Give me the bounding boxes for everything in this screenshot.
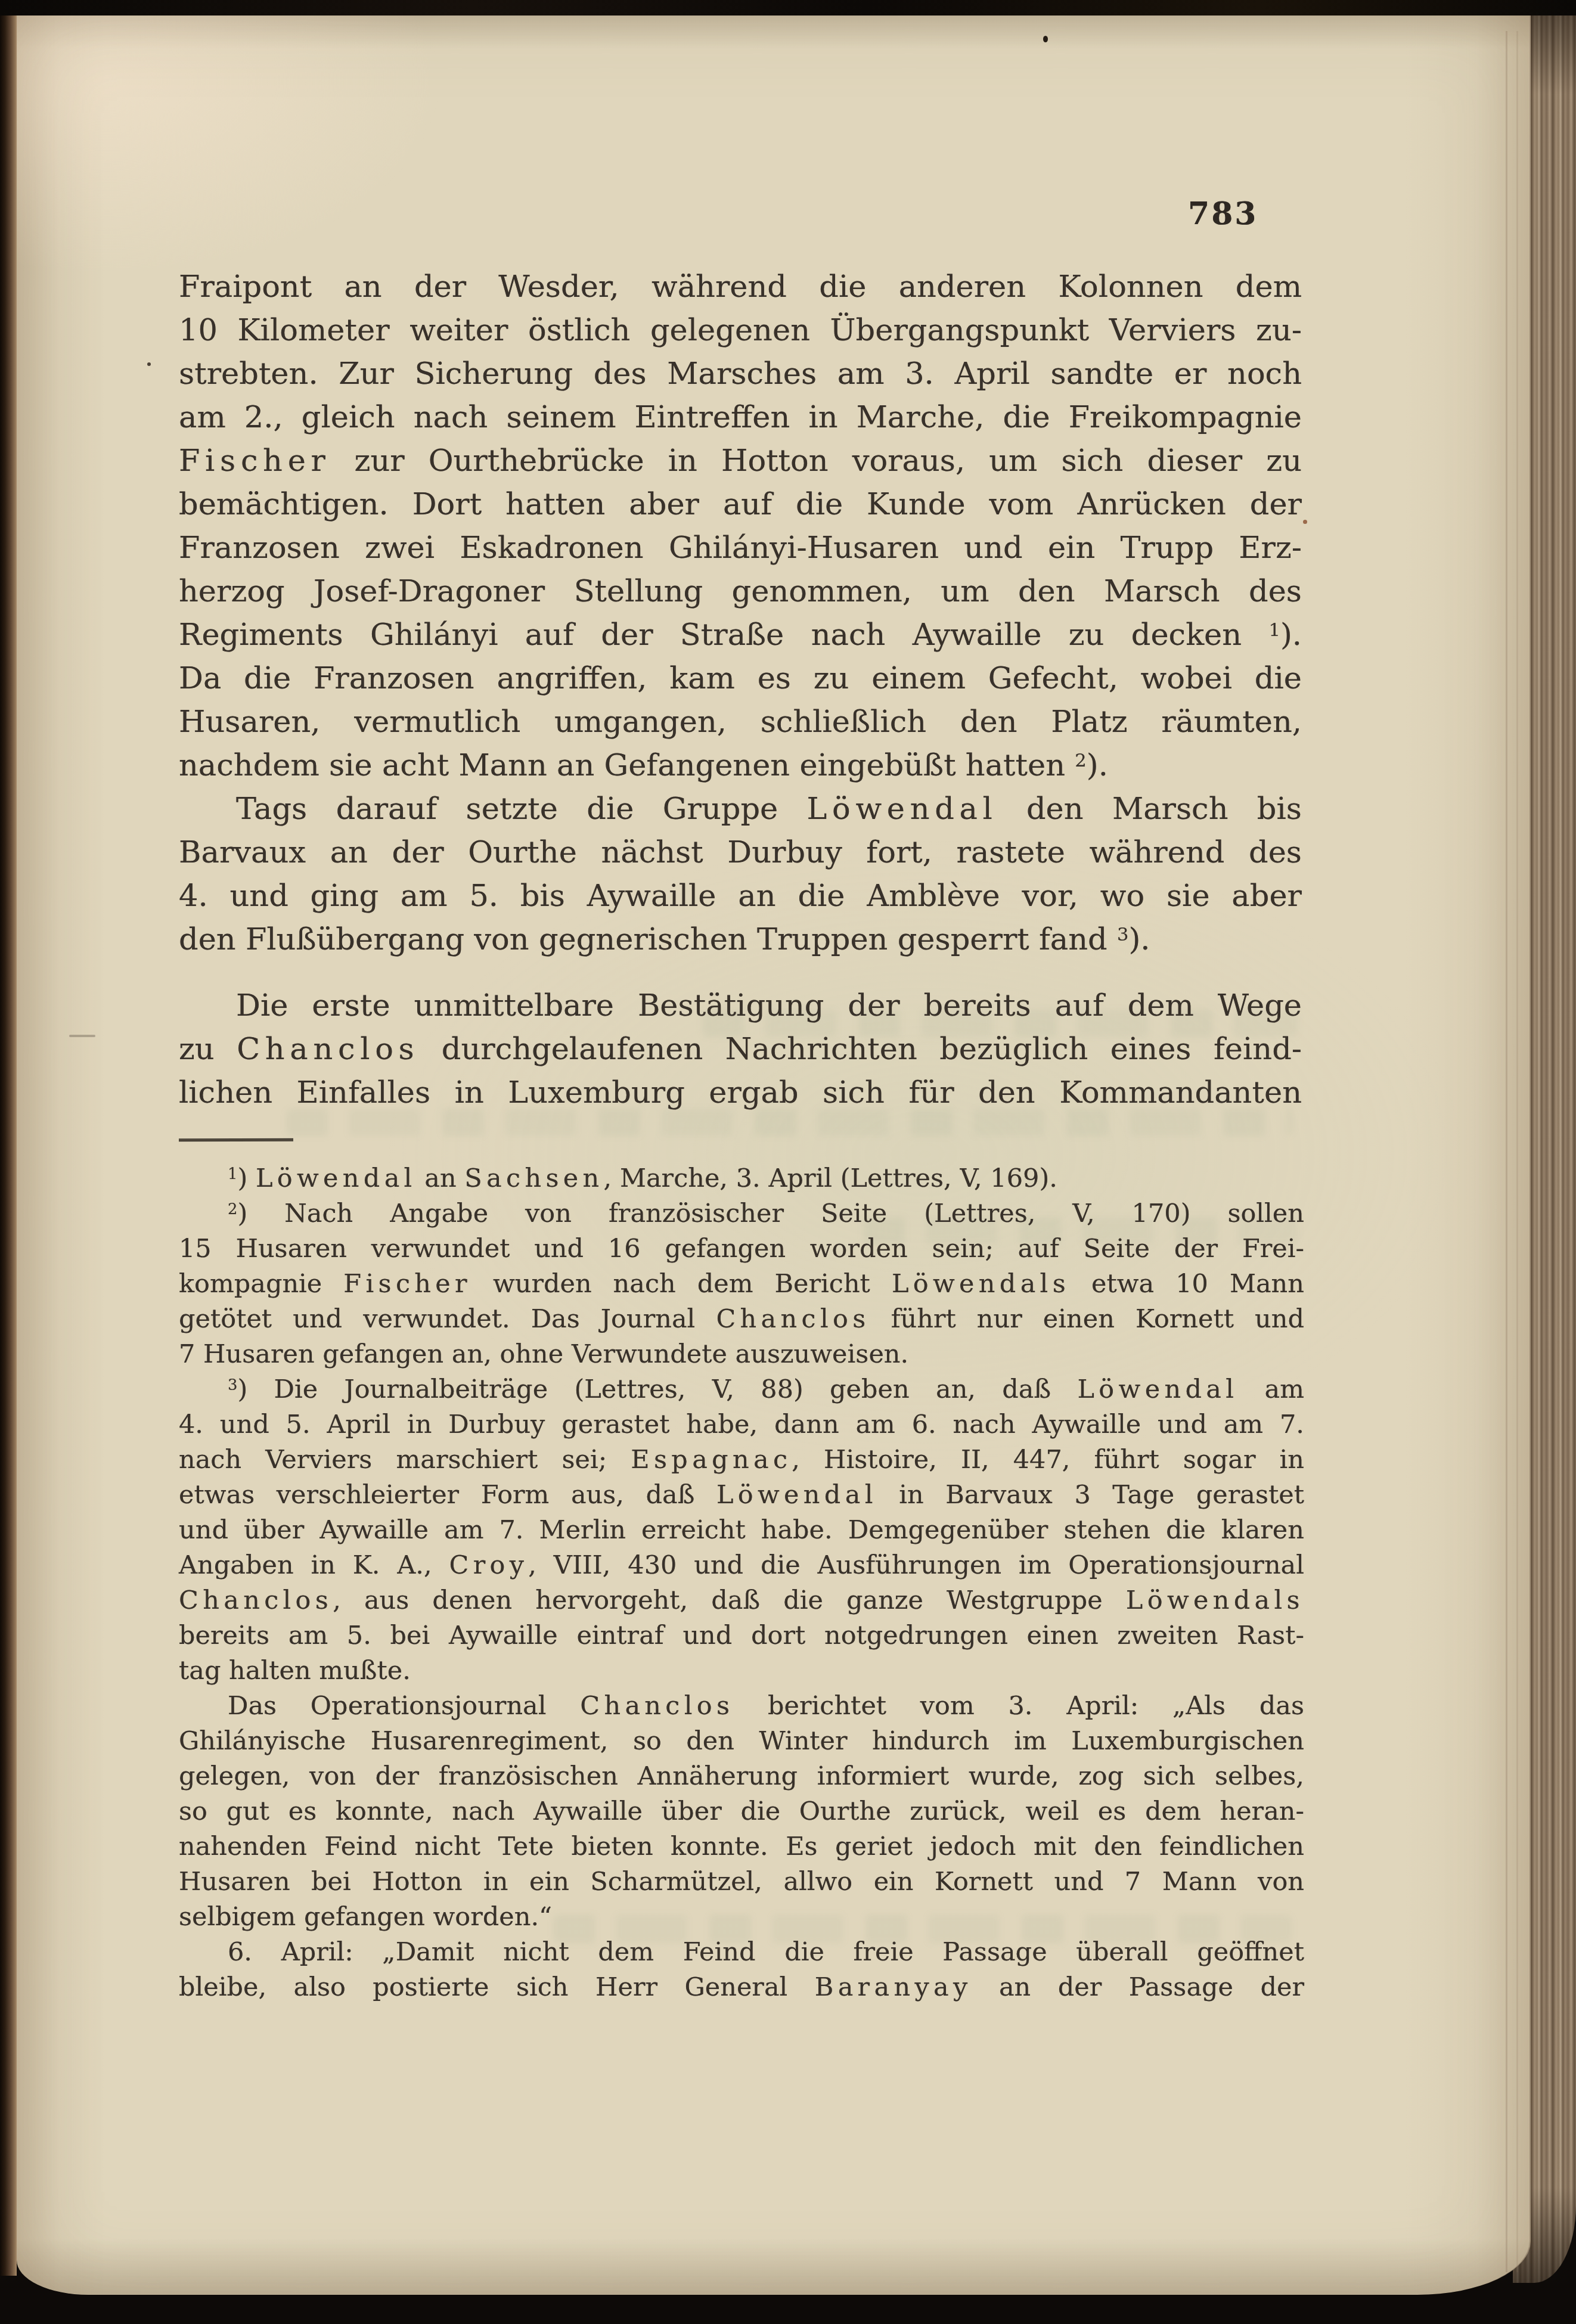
letterspaced-name: Löwendal <box>716 1480 877 1510</box>
text-line: tag halten mußte. <box>179 1653 1304 1689</box>
footnote-marker: 1 <box>1268 620 1280 641</box>
text-line: am 2., gleich nach seinem Eintreffen in … <box>179 396 1302 439</box>
footnote-marker: 2 <box>1075 750 1086 771</box>
letterspaced-name: Löwendals <box>1126 1585 1304 1615</box>
text-line: bleibe, also postierte sich Herr General… <box>179 1970 1304 2005</box>
text-line: etwas verschleierter Form aus, daß Löwen… <box>179 1478 1304 1513</box>
ink-speck <box>69 1035 95 1037</box>
letterspaced-name: Chanclos <box>179 1585 333 1615</box>
text-line: Husaren, vermutlich umgangen, schließlic… <box>179 700 1302 744</box>
text-line: Da die Franzosen angriffen, kam es zu ei… <box>179 657 1302 700</box>
text-line: strebten. Zur Sicherung des Marsches am … <box>179 352 1302 396</box>
text-line: 1) Löwendal an Sachsen, Marche, 3. April… <box>179 1161 1304 1196</box>
text-line: nachdem sie acht Mann an Gefangenen eing… <box>179 744 1302 787</box>
text-line: Franzosen zwei Eskadronen Ghilányi-Husar… <box>179 526 1302 570</box>
text-line: Regiments Ghilányi auf der Straße nach A… <box>179 613 1302 657</box>
text-line: Das Operationsjournal Chanclos berichtet… <box>179 1689 1304 1724</box>
text-line: Barvaux an der Ourthe nächst Durbuy fort… <box>179 831 1302 874</box>
footnote-marker: 3 <box>1117 924 1128 945</box>
book-scan: 783 Fraipont an der Wesder, während die … <box>0 0 1576 2324</box>
letterspaced-name: Croy <box>449 1550 528 1580</box>
text-line: 7 Husaren gefangen an, ohne Verwundete a… <box>179 1337 1304 1372</box>
text-line: 3) Die Journalbeiträge (Lettres, V, 88) … <box>179 1372 1304 1407</box>
footnotes: 1) Löwendal an Sachsen, Marche, 3. April… <box>179 1161 1304 2005</box>
text-line: Chanclos, aus denen hervorgeht, daß die … <box>179 1583 1304 1618</box>
page-edge-line <box>1506 31 1507 2272</box>
page-edge-line <box>1516 31 1518 2272</box>
letterspaced-name: Fischer <box>179 443 331 479</box>
main-text: Fraipont an der Wesder, während die ande… <box>179 265 1302 1115</box>
text-line: selbigem gefangen worden.“ <box>179 1900 1304 1935</box>
text-line: nahenden Feind nicht Tete bieten konnte.… <box>179 1829 1304 1864</box>
text-line: 2) Nach Angabe von französischer Seite (… <box>179 1196 1304 1231</box>
ink-speck <box>147 362 151 366</box>
letterspaced-name: Espagnac <box>631 1445 792 1475</box>
text-line: Die erste unmittelbare Bestätigung der b… <box>179 984 1302 1028</box>
text-line: Tags darauf setzte die Gruppe Löwendal d… <box>179 787 1302 831</box>
footnote-marker: 3 <box>228 1376 237 1394</box>
letterspaced-name: Chanclos <box>237 1032 419 1067</box>
text-line: lichen Einfalles in Luxemburg ergab sich… <box>179 1071 1302 1115</box>
letterspaced-name: Löwendal <box>1077 1374 1238 1404</box>
book-page: 783 Fraipont an der Wesder, während die … <box>17 13 1531 2295</box>
text-line: 4. und ging am 5. bis Aywaille an die Am… <box>179 874 1302 918</box>
letterspaced-name: Fischer <box>343 1269 471 1299</box>
text-line: zu Chanclos durchgelaufenen Nachrichten … <box>179 1028 1302 1071</box>
text-line: getötet und verwundet. Das Journal Chanc… <box>179 1302 1304 1337</box>
text-line: den Flußübergang von gegnerischen Truppe… <box>179 918 1302 961</box>
letterspaced-name: Löwendal <box>256 1163 417 1193</box>
footnote-marker: 2 <box>228 1200 237 1218</box>
text-line: Angaben in K. A., Croy, VIII, 430 und di… <box>179 1548 1304 1583</box>
text-line: 10 Kilometer weiter östlich gelegenen Üb… <box>179 309 1302 352</box>
letterspaced-name: Löwendal <box>807 792 998 827</box>
text-line: so gut es konnte, nach Aywaille über die… <box>179 1794 1304 1829</box>
text-line: bemächtigen. Dort hatten aber auf die Ku… <box>179 483 1302 526</box>
ink-speck <box>1043 36 1048 42</box>
footnote-separator <box>179 1138 293 1142</box>
text-line: herzog Josef-Dragoner Stellung genommen,… <box>179 570 1302 613</box>
letterspaced-name: Chanclos <box>716 1304 870 1334</box>
ink-speck <box>1303 520 1307 524</box>
text-line: Fraipont an der Wesder, während die ande… <box>179 265 1302 309</box>
page-number: 783 <box>1188 196 1258 232</box>
text-line: Ghilányische Husarenregiment, so den Win… <box>179 1724 1304 1759</box>
text-line: Husaren bei Hotton in ein Scharmützel, a… <box>179 1864 1304 1900</box>
text-line: und über Aywaille am 7. Merlin erreicht … <box>179 1513 1304 1548</box>
text-line: kompagnie Fischer wurden nach dem Berich… <box>179 1267 1304 1302</box>
text-line: Fischer zur Ourthebrücke in Hotton vorau… <box>179 439 1302 483</box>
text-line: 6. April: „Damit nicht dem Feind die fre… <box>179 1935 1304 1970</box>
text-line: 4. und 5. April in Durbuy gerastet habe,… <box>179 1407 1304 1442</box>
text-line: gelegen, von der französischen Annäherun… <box>179 1759 1304 1794</box>
gutter-shadow <box>0 11 17 2276</box>
top-scan-band <box>0 0 1576 15</box>
letterspaced-name: Sachsen <box>464 1163 603 1193</box>
text-line: 15 Husaren verwundet und 16 gefangen wor… <box>179 1231 1304 1267</box>
text-line: nach Verviers marschiert sei; Espagnac, … <box>179 1442 1304 1478</box>
letterspaced-name: Chanclos <box>580 1691 734 1721</box>
text-line: bereits am 5. bei Aywaille eintraf und d… <box>179 1618 1304 1653</box>
letterspaced-name: Baranyay <box>815 1972 972 2002</box>
footnote-marker: 1 <box>228 1165 237 1183</box>
letterspaced-name: Löwendals <box>892 1269 1070 1299</box>
